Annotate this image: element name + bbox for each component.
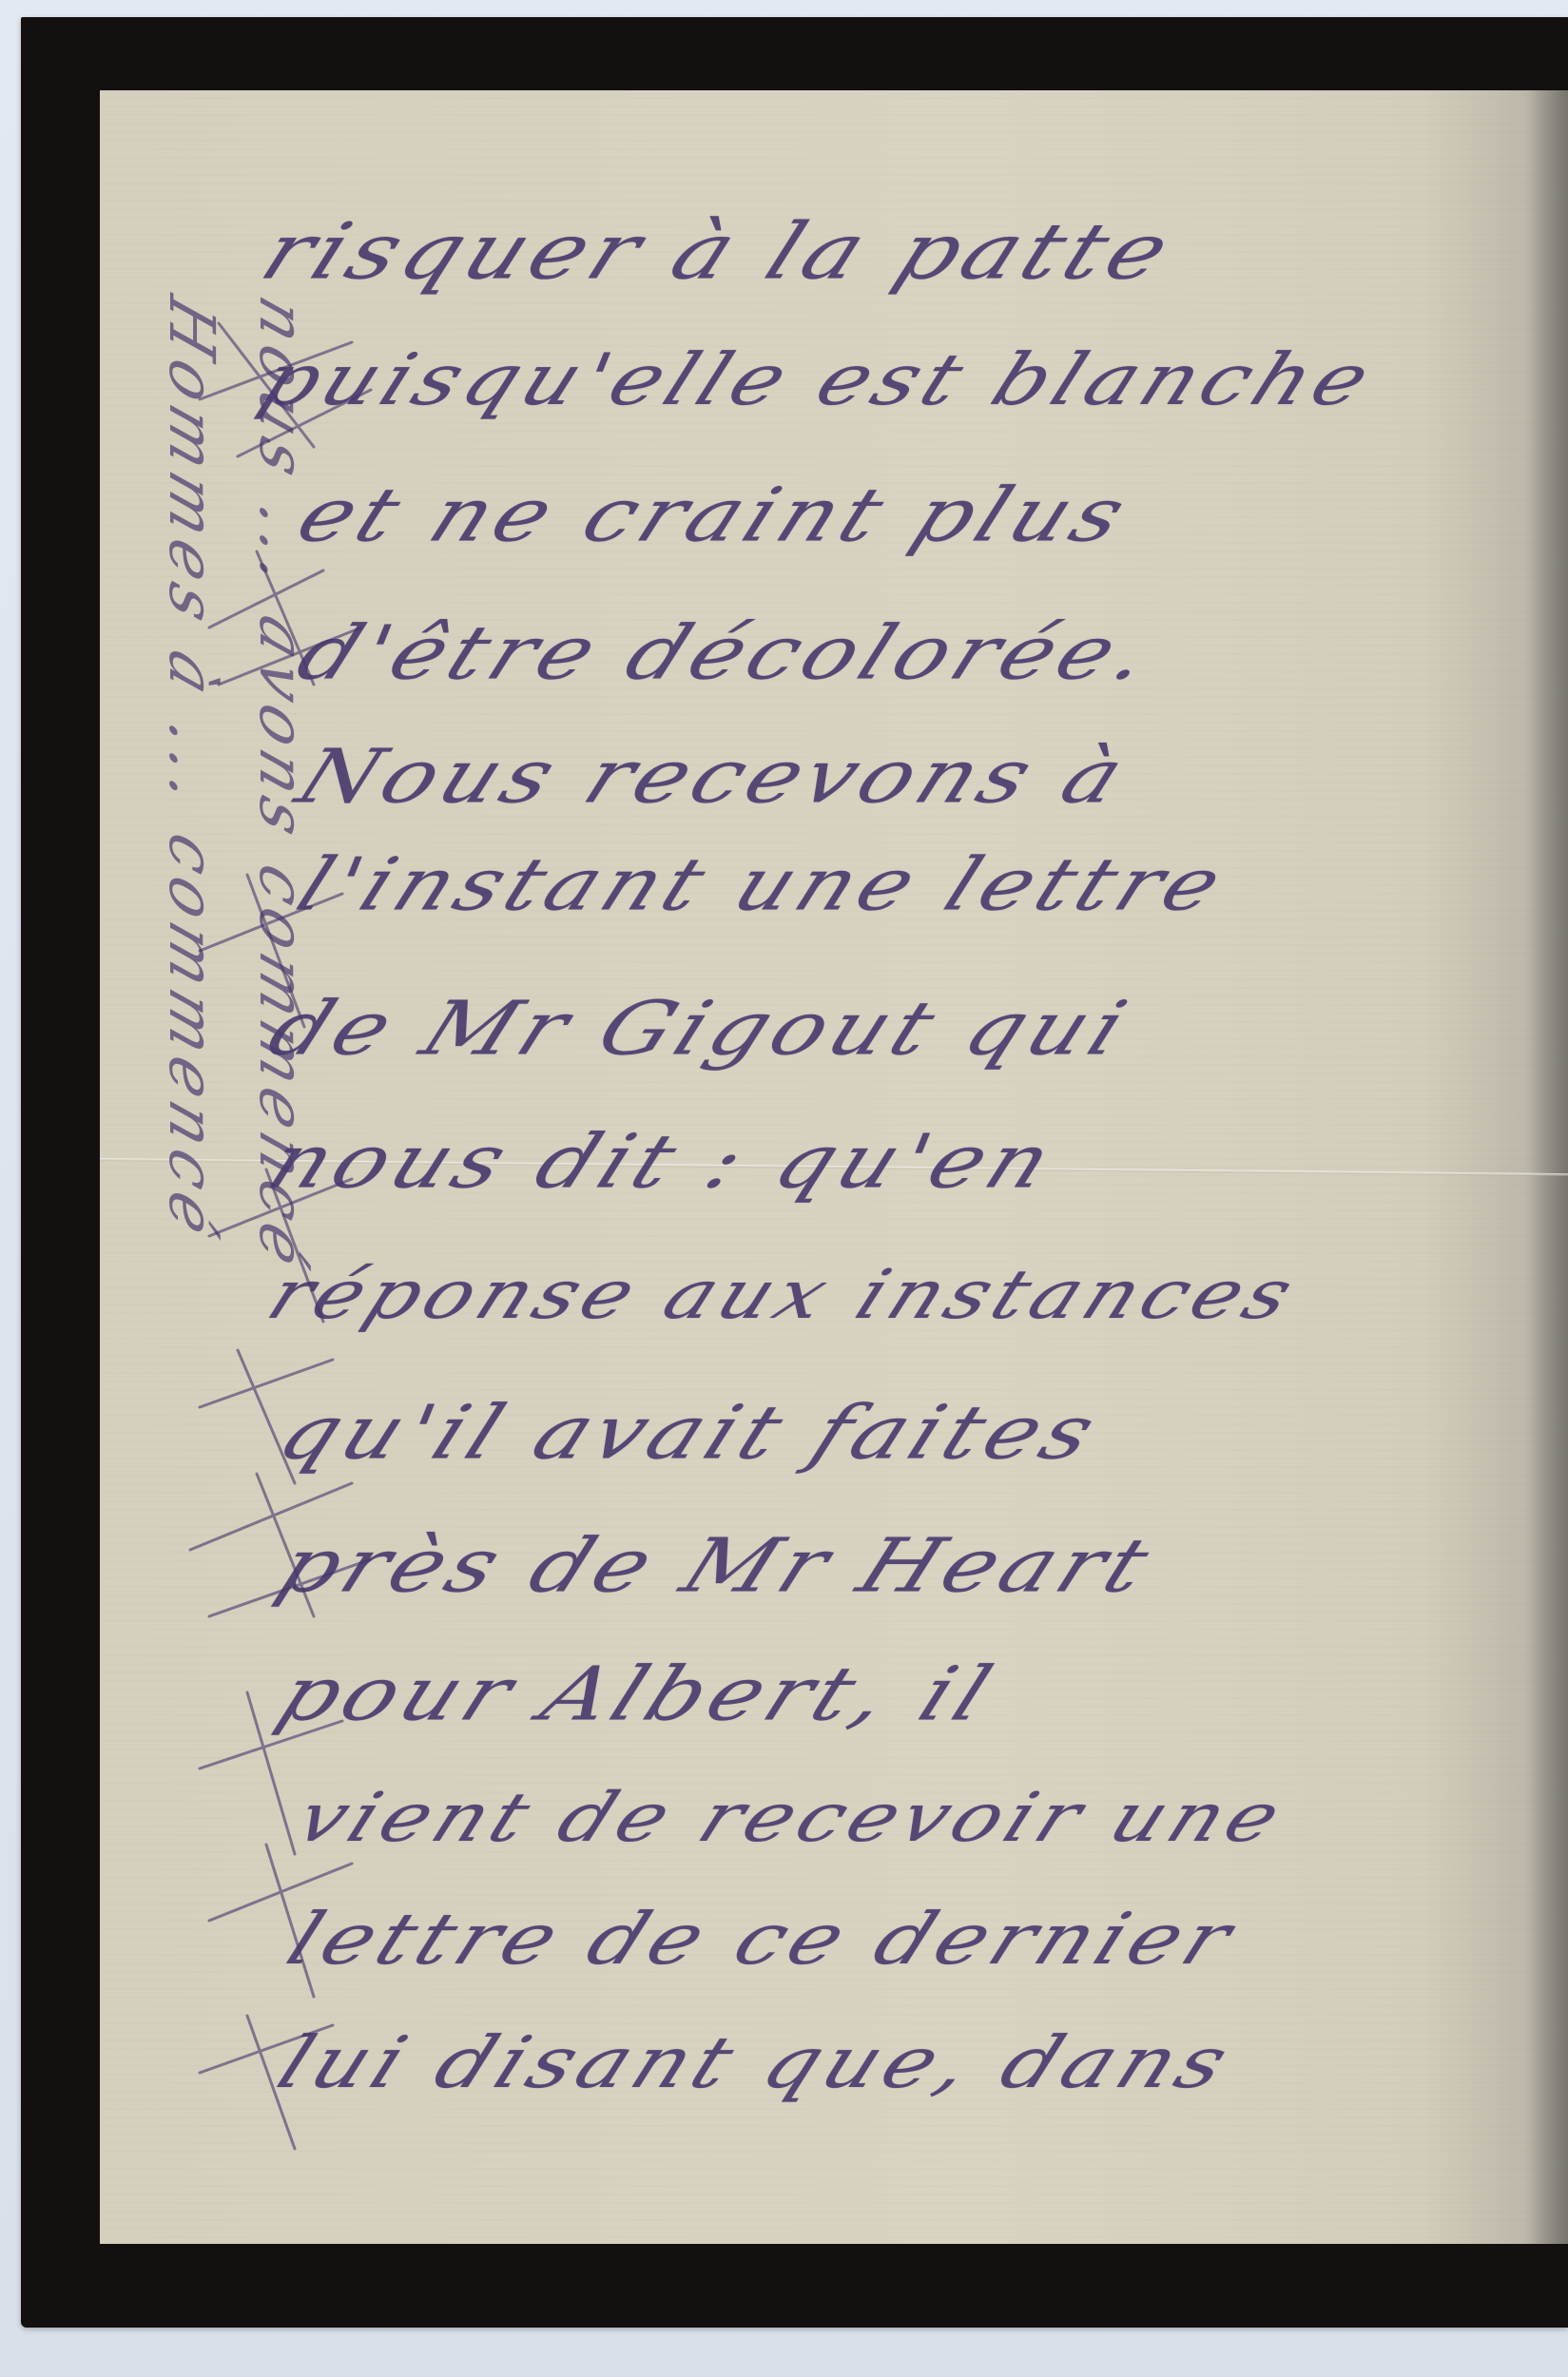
- handwritten-line-3: et ne craint plus: [285, 472, 1143, 558]
- handwritten-line-2: puisqu'elle est blanche: [249, 338, 1388, 421]
- handwritten-line-5: Nous recevons à: [285, 733, 1142, 820]
- page-fold-shadow: [1530, 90, 1568, 2244]
- handwritten-line-15: lui disant que, dans: [266, 2020, 1246, 2104]
- handwritten-line-14: lettre de ce dernier: [276, 1897, 1249, 1981]
- handwritten-line-10: qu'il avait faites: [266, 1389, 1113, 1476]
- handwritten-line-11: près de Mr Heart: [266, 1522, 1167, 1609]
- handwritten-line-13: vient de recevoir une: [285, 1778, 1298, 1857]
- margin-cross-writing-strokes: [181, 285, 390, 2263]
- handwritten-line-9: réponse aux instances: [257, 1255, 1310, 1334]
- handwritten-line-6: l'instant une lettre: [285, 842, 1240, 927]
- handwritten-line-1: risquer à la patte: [249, 206, 1189, 297]
- handwritten-line-4: d'être décolorée.: [285, 609, 1169, 696]
